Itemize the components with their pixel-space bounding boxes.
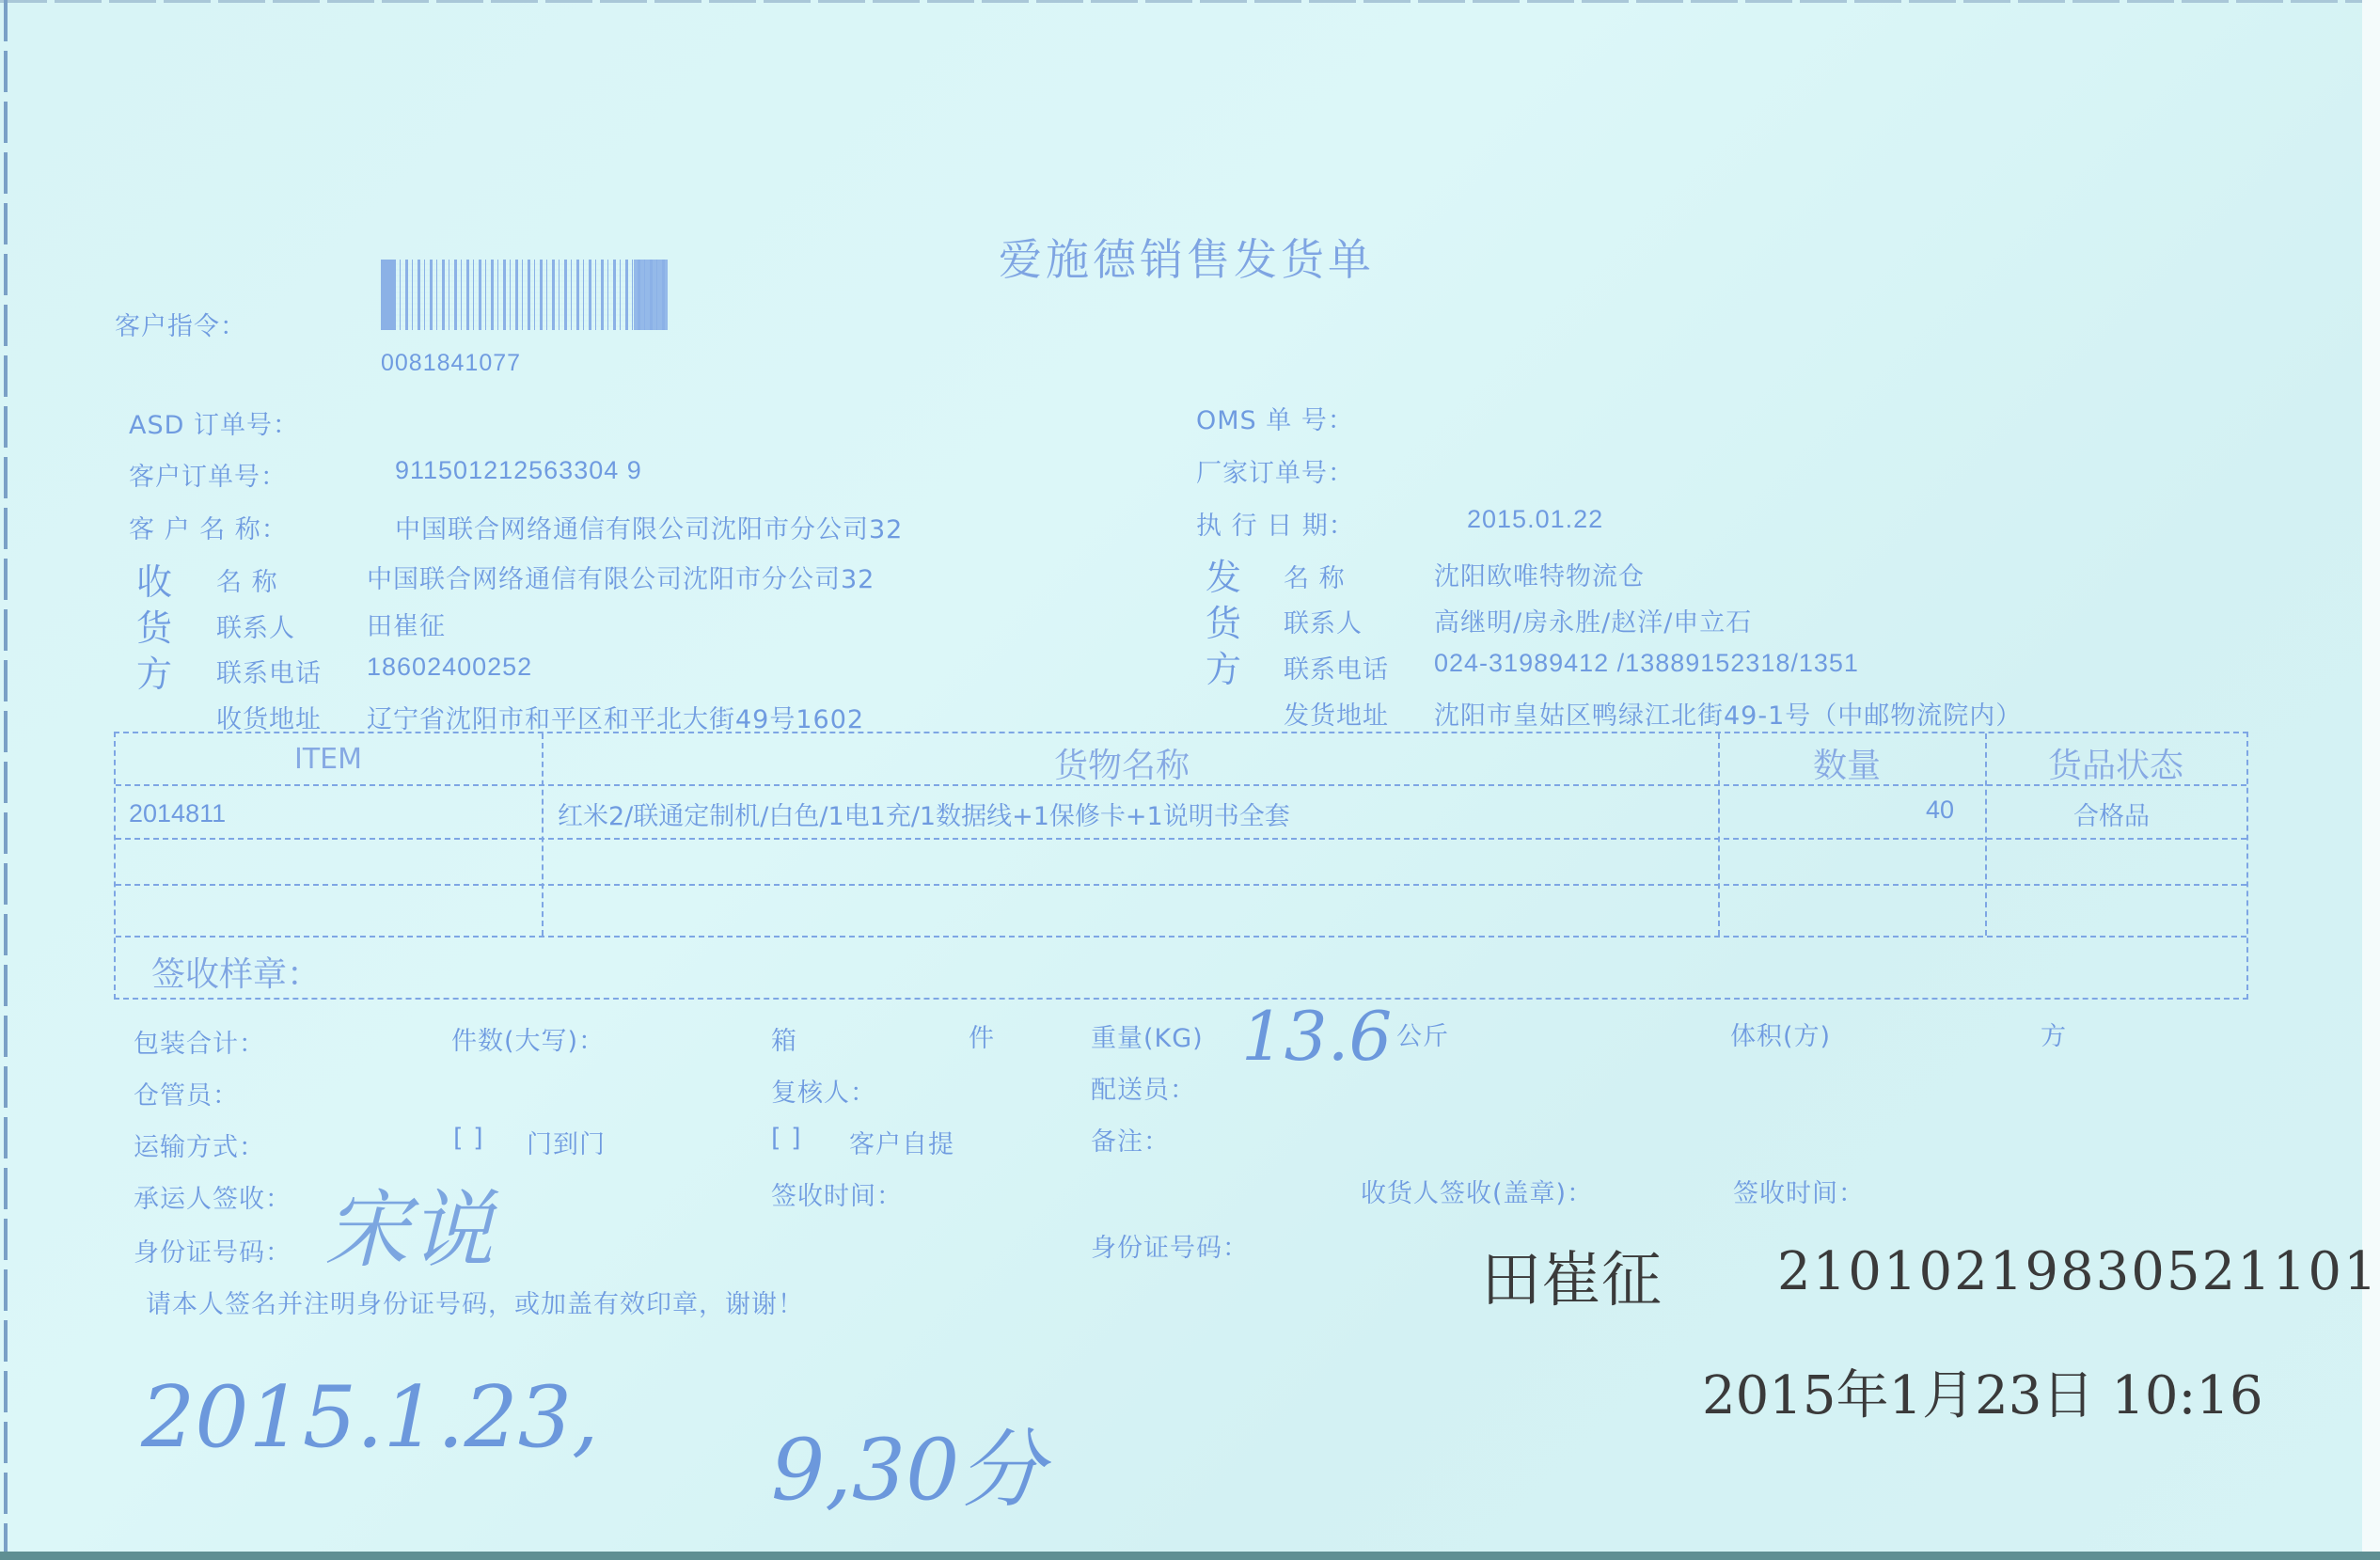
shipper-address-label: 发货地址 <box>1284 695 1389 732</box>
customer-order-label: 客户订单号： <box>129 456 287 493</box>
column-header-item: ITEM <box>294 743 362 776</box>
customer-name-label: 客 户 名 称： <box>129 509 288 545</box>
receiver-name-value: 中国联合网络通信有限公司沈阳市分公司32 <box>367 559 875 595</box>
consignee-id-handwritten: 210102198305211016 <box>1777 1241 2380 1302</box>
stamp-label: 签收样章： <box>151 948 321 996</box>
receiver-phone-value: 18602400252 <box>367 653 532 682</box>
deliverer-label: 配送员： <box>1091 1069 1196 1106</box>
receiver-side-char-3: 方 <box>136 645 173 697</box>
shipper-side-char-1: 发 <box>1206 548 1242 600</box>
carrier-sign-time-label: 签收时间： <box>771 1175 903 1212</box>
shipper-name-label: 名 称 <box>1284 558 1346 594</box>
kg-unit-label: 公斤 <box>1396 1016 1449 1052</box>
vendor-order-label: 厂家订单号： <box>1196 452 1354 489</box>
reviewer-label: 复核人： <box>771 1072 876 1109</box>
warehouse-keeper-label: 仓管员： <box>134 1075 239 1111</box>
carrier-time-handwritten: 9,30分 <box>771 1401 1044 1523</box>
door-to-door-label: 门到门 <box>527 1124 606 1160</box>
volume-unit-label: 方 <box>2041 1016 2067 1052</box>
table-col-divider <box>542 733 544 936</box>
column-header-status: 货品状态 <box>2048 739 2183 787</box>
shipper-side-char-2: 货 <box>1206 594 1242 646</box>
customer-order-value: 911501212563304 9 <box>395 456 642 485</box>
self-pickup-label: 客户自提 <box>849 1124 954 1160</box>
consignee-sign-label: 收货人签收(盖章)： <box>1361 1173 1593 1209</box>
asd-order-label: ASD 订单号： <box>129 404 299 441</box>
transport-label: 运输方式： <box>134 1127 265 1163</box>
row-goods-name: 红米2/联通定制机/白色/1电1充/1数据线+1保修卡+1说明书全套 <box>558 796 1290 832</box>
receiver-contact-value: 田崔征 <box>367 606 446 642</box>
table-col-divider <box>1985 733 1987 936</box>
weight-handwritten-value: 13.6 <box>1241 997 1392 1076</box>
column-header-quantity: 数量 <box>1813 739 1881 787</box>
receiver-contact-label: 联系人 <box>216 607 295 644</box>
self-pickup-checkbox[interactable]: [ ] <box>771 1124 802 1153</box>
execution-date-value: 2015.01.22 <box>1467 505 1603 534</box>
receiver-address-value: 辽宁省沈阳市和平区和平北大街49号1602 <box>367 699 864 735</box>
scan-bottom-edge <box>0 1552 2380 1560</box>
consignee-datetime-handwritten: 2015年1月23日 10:16 <box>1702 1354 2263 1429</box>
barcode-icon <box>381 260 668 330</box>
document-title: 爱施德销售发货单 <box>999 226 1375 288</box>
scan-right-margin <box>2362 0 2380 1560</box>
row-status: 合格品 <box>2073 796 2150 832</box>
door-to-door-checkbox[interactable]: [ ] <box>453 1124 484 1153</box>
table-row-divider <box>116 838 2246 840</box>
consignee-name-handwritten: 田崔征 <box>1481 1232 1662 1318</box>
shipper-phone-label: 联系电话 <box>1284 649 1389 685</box>
customer-name-value: 中国联合网络通信有限公司沈阳市分公司32 <box>395 509 903 545</box>
table-row-divider <box>116 936 2246 938</box>
execution-date-label: 执 行 日 期： <box>1196 505 1355 542</box>
row-quantity: 40 <box>1926 796 1954 825</box>
shipper-phone-value: 024-31989412 /13889152318/1351 <box>1434 649 1859 678</box>
consignee-id-label: 身份证号码： <box>1091 1227 1249 1264</box>
paper-top-perforation <box>0 0 2362 3</box>
paper-left-perforation <box>4 0 8 1552</box>
column-header-goods-name: 货物名称 <box>1054 739 1190 787</box>
shipper-contact-label: 联系人 <box>1284 603 1363 639</box>
barcode-number: 0081841077 <box>381 350 521 377</box>
pieces-label: 件数(大写)： <box>451 1020 605 1057</box>
receiver-side-char-2: 货 <box>136 599 173 651</box>
carrier-sign-label: 承运人签收： <box>134 1178 292 1215</box>
receiver-name-label: 名 称 <box>216 561 278 598</box>
shipper-address-value: 沈阳市皇姑区鸭绿江北街49-1号（中邮物流院内） <box>1434 695 2022 732</box>
shipper-contact-value: 高继明/房永胜/赵洋/申立石 <box>1434 602 1752 638</box>
carrier-signature-handwritten: 宋说 <box>324 1161 494 1284</box>
row-item-code: 2014811 <box>129 799 226 828</box>
customer-instruction-label: 客户指令： <box>115 306 246 342</box>
volume-label: 体积(方) <box>1730 1016 1831 1052</box>
piece-label: 件 <box>969 1017 995 1054</box>
carrier-date-handwritten: 2015.1.23, <box>141 1368 599 1467</box>
table-row-divider <box>116 884 2246 886</box>
table-col-divider <box>1718 733 1720 936</box>
receiver-address-label: 收货地址 <box>216 699 322 735</box>
carrier-id-label: 身份证号码： <box>134 1232 292 1268</box>
receiver-side-char-1: 收 <box>136 553 173 605</box>
package-total-label: 包装合计： <box>134 1023 265 1060</box>
shipper-name-value: 沈阳欧唯特物流仓 <box>1434 556 1645 592</box>
box-label: 箱 <box>771 1020 797 1057</box>
signature-notice: 请本人签名并注明身份证号码，或加盖有效印章，谢谢！ <box>146 1284 804 1320</box>
consignee-sign-time-label: 签收时间： <box>1733 1173 1865 1209</box>
shipper-side-char-3: 方 <box>1206 640 1242 692</box>
oms-no-label: OMS 单 号： <box>1196 400 1354 436</box>
receiver-phone-label: 联系电话 <box>216 653 322 689</box>
remarks-label: 备注： <box>1091 1121 1170 1158</box>
weight-label: 重量(KG) <box>1091 1017 1204 1054</box>
goods-table: ITEM 货物名称 数量 货品状态 2014811 红米2/联通定制机/白色/1… <box>114 732 2248 1000</box>
